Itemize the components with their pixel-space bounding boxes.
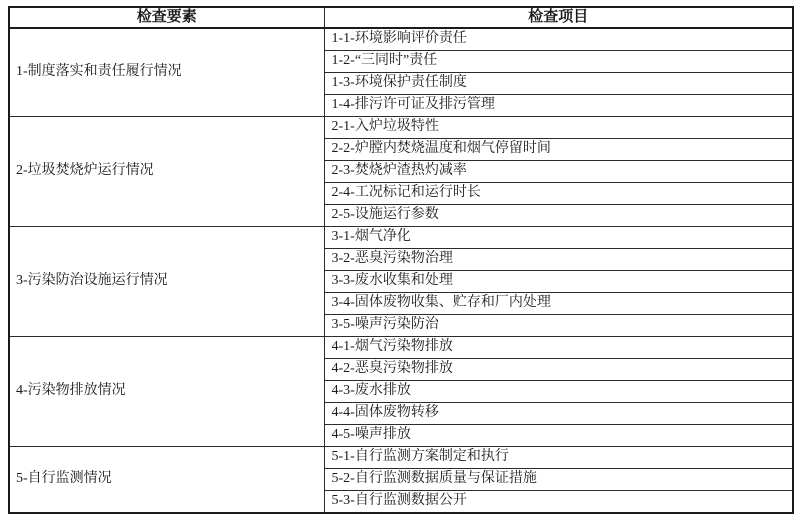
element-cell: 4-污染物排放情况 <box>9 337 324 447</box>
item-cell: 5-1-自行监测方案制定和执行 <box>324 447 793 469</box>
table-row: 3-污染防治设施运行情况3-1-烟气净化 <box>9 227 793 249</box>
item-cell: 4-3-废水排放 <box>324 381 793 403</box>
item-cell: 3-2-恶臭污染物治理 <box>324 249 793 271</box>
item-cell: 1-1-环境影响评价责任 <box>324 28 793 51</box>
inspection-table: 检查要素 检查项目 1-制度落实和责任履行情况1-1-环境影响评价责任1-2-“… <box>8 6 794 514</box>
table-row: 4-污染物排放情况4-1-烟气污染物排放 <box>9 337 793 359</box>
item-cell: 3-3-废水收集和处理 <box>324 271 793 293</box>
item-cell: 4-5-噪声排放 <box>324 425 793 447</box>
item-cell: 2-1-入炉垃圾特性 <box>324 117 793 139</box>
item-cell: 2-3-焚烧炉渣热灼减率 <box>324 161 793 183</box>
item-cell: 3-5-噪声污染防治 <box>324 315 793 337</box>
item-cell: 1-2-“三同时”责任 <box>324 51 793 73</box>
item-cell: 4-4-固体废物转移 <box>324 403 793 425</box>
table-row: 5-自行监测情况5-1-自行监测方案制定和执行 <box>9 447 793 469</box>
element-cell: 2-垃圾焚烧炉运行情况 <box>9 117 324 227</box>
header-inspection-elements: 检查要素 <box>9 7 324 28</box>
element-cell: 1-制度落实和责任履行情况 <box>9 28 324 117</box>
table-body: 1-制度落实和责任履行情况1-1-环境影响评价责任1-2-“三同时”责任1-3-… <box>9 28 793 513</box>
table-row: 1-制度落实和责任履行情况1-1-环境影响评价责任 <box>9 28 793 51</box>
item-cell: 1-4-排污许可证及排污管理 <box>324 95 793 117</box>
item-cell: 5-3-自行监测数据公开 <box>324 491 793 514</box>
element-cell: 3-污染防治设施运行情况 <box>9 227 324 337</box>
document-page: 检查要素 检查项目 1-制度落实和责任履行情况1-1-环境影响评价责任1-2-“… <box>0 0 800 520</box>
item-cell: 2-4-工况标记和运行时长 <box>324 183 793 205</box>
item-cell: 4-1-烟气污染物排放 <box>324 337 793 359</box>
table-row: 2-垃圾焚烧炉运行情况2-1-入炉垃圾特性 <box>9 117 793 139</box>
header-inspection-items: 检查项目 <box>324 7 793 28</box>
table-header: 检查要素 检查项目 <box>9 7 793 28</box>
element-cell: 5-自行监测情况 <box>9 447 324 514</box>
item-cell: 2-5-设施运行参数 <box>324 205 793 227</box>
item-cell: 2-2-炉膛内焚烧温度和烟气停留时间 <box>324 139 793 161</box>
item-cell: 5-2-自行监测数据质量与保证措施 <box>324 469 793 491</box>
item-cell: 3-1-烟气净化 <box>324 227 793 249</box>
item-cell: 4-2-恶臭污染物排放 <box>324 359 793 381</box>
header-row: 检查要素 检查项目 <box>9 7 793 28</box>
item-cell: 1-3-环境保护责任制度 <box>324 73 793 95</box>
item-cell: 3-4-固体废物收集、贮存和厂内处理 <box>324 293 793 315</box>
